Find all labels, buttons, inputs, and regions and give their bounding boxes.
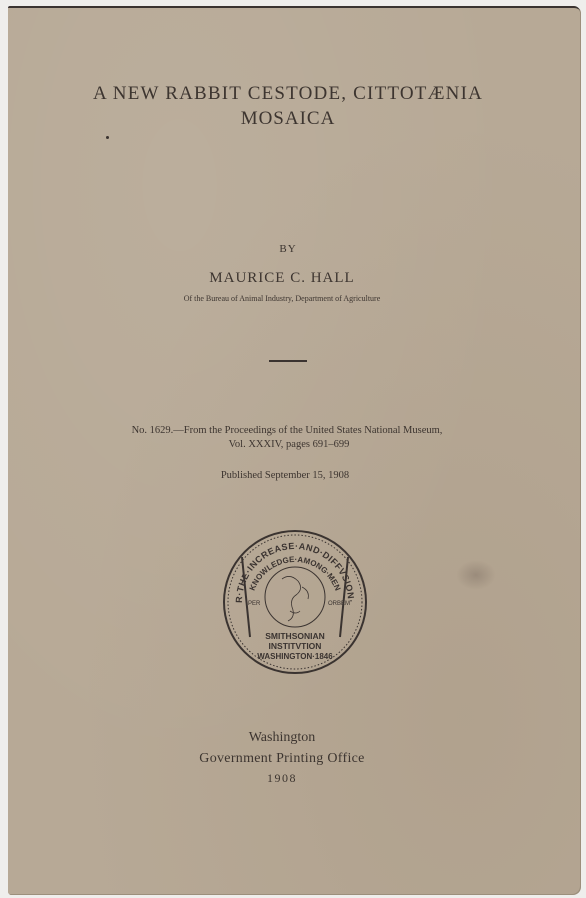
svg-text:PER: PER bbox=[248, 601, 261, 607]
title-line-2: MOSAICA bbox=[2, 108, 574, 130]
stain-mark bbox=[456, 560, 496, 590]
imprint-year: 1908 bbox=[0, 771, 568, 786]
author-affiliation: Of the Bureau of Animal Industry, Depart… bbox=[0, 294, 568, 303]
imprint-city: Washington bbox=[0, 730, 568, 746]
smithsonian-seal-icon: FOR·THE·INCREASE·AND·DIFFVSION·OF KNOWLE… bbox=[220, 527, 370, 677]
title-line-1: A NEW RABBIT CESTODE, CITTOTÆNIA bbox=[2, 83, 574, 105]
svg-text:INSTITVTION: INSTITVTION bbox=[269, 641, 322, 651]
publication-line-2: Vol. XXXIV, pages 691–699 bbox=[3, 439, 575, 450]
svg-text:WASHINGTON·1846: WASHINGTON·1846 bbox=[257, 652, 333, 661]
svg-text:SMITHSONIAN: SMITHSONIAN bbox=[265, 631, 325, 641]
publication-line-1: No. 1629.—From the Proceedings of the Un… bbox=[1, 425, 573, 436]
divider-rule bbox=[269, 360, 307, 362]
publication-date: Published September 15, 1908 bbox=[0, 470, 571, 481]
author-name: MAURICE C. HALL bbox=[0, 270, 568, 287]
svg-text:ORBEM: ORBEM bbox=[328, 601, 350, 607]
imprint-publisher: Government Printing Office bbox=[0, 751, 568, 767]
pamphlet-cover: A NEW RABBIT CESTODE, CITTOTÆNIA MOSAICA… bbox=[8, 6, 580, 894]
svg-text:FOR·THE·INCREASE·AND·DIFFVSION: FOR·THE·INCREASE·AND·DIFFVSION·OF bbox=[220, 527, 356, 603]
byline-label: BY bbox=[2, 243, 574, 255]
ink-speck bbox=[106, 136, 109, 139]
